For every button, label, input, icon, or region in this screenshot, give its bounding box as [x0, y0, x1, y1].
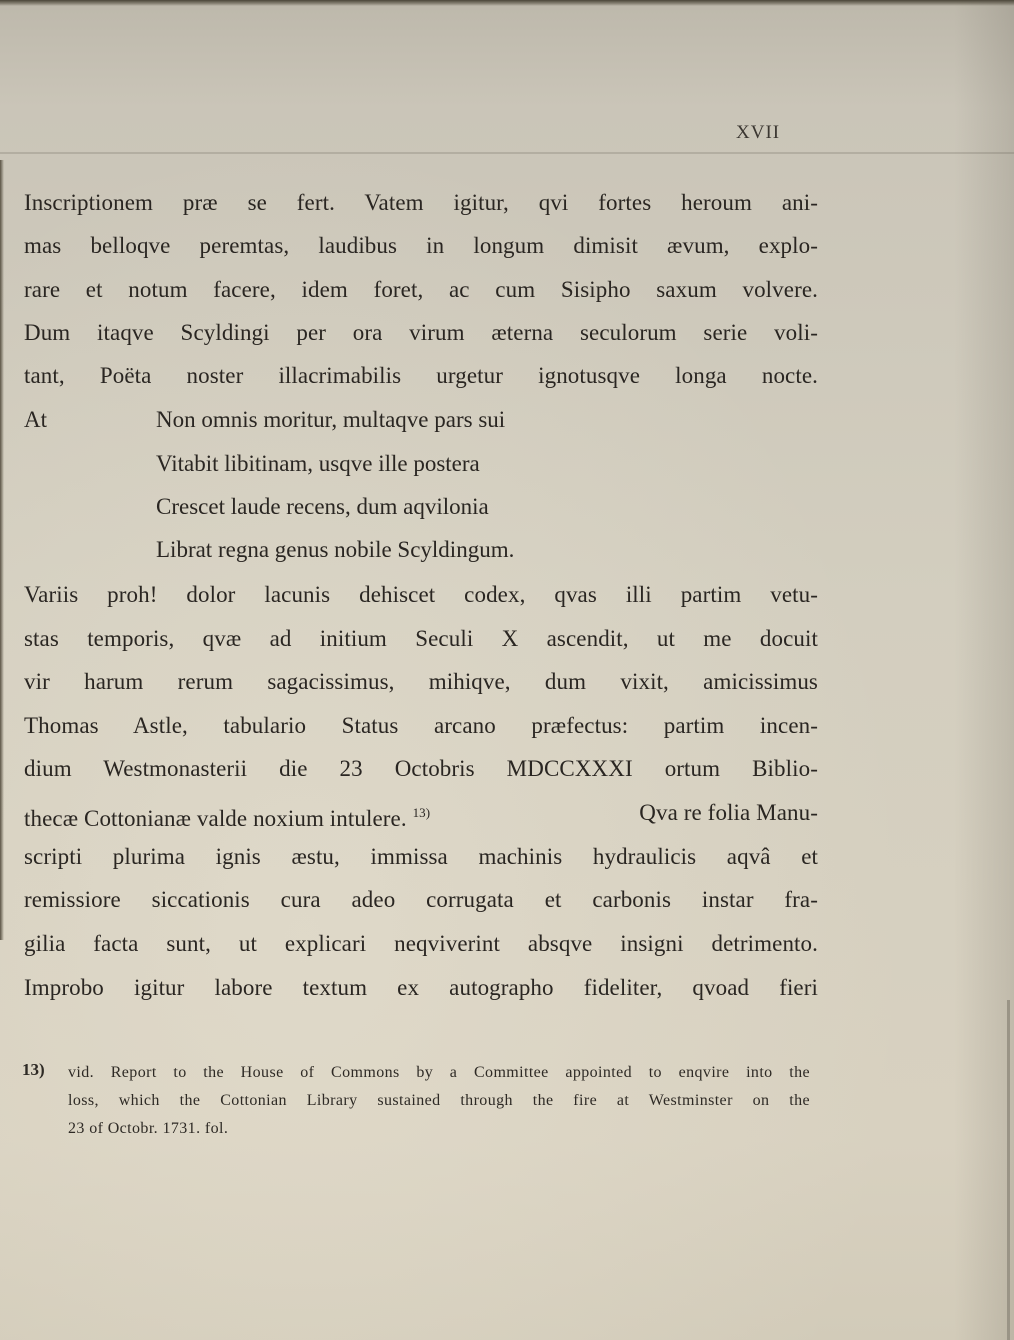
page-right-edge [1007, 1000, 1010, 1340]
body-text-continuation: Qva re folia Manu- [639, 798, 818, 828]
verse-line: Crescet laude recens, dum aqvilonia [156, 492, 489, 522]
body-line: stas temporis, qvæ ad initium Seculi X a… [24, 624, 818, 654]
footnote-mark: 13) [22, 1060, 45, 1080]
body-line: gilia facta sunt, ut explicari neqviveri… [24, 929, 818, 959]
footnote-line: loss, which the Cottonian Library sustai… [68, 1089, 810, 1113]
verse-line: Vitabit libitinam, usqve ille postera [156, 449, 480, 479]
body-line-with-footnote-ref: thecæ Cottonianæ valde noxium intulere. … [24, 798, 818, 834]
book-page: XVII Inscriptionem præ se fert. Vatem ig… [0, 0, 1014, 1340]
body-line: Thomas Astle, tabulario Status arcano pr… [24, 711, 818, 741]
body-line: dium Westmonasterii die 23 Octobris MDCC… [24, 754, 818, 784]
body-line: tant, Poëta noster illacrimabilis urgetu… [24, 361, 818, 391]
body-line: vir harum rerum sagacissimus, mihiqve, d… [24, 667, 818, 697]
body-line: scripti plurima ignis æstu, immissa mach… [24, 842, 818, 872]
page-top-edge [0, 0, 1014, 6]
body-text: thecæ Cottonianæ valde noxium intulere. [24, 806, 407, 831]
binding-shadow [0, 160, 4, 940]
verse-line: Librat regna genus nobile Scyldingum. [156, 535, 514, 565]
body-line: Dum itaqve Scyldingi per ora virum ætern… [24, 318, 818, 348]
page-edge-shadow [954, 0, 1014, 1340]
body-line: Inscriptionem præ se fert. Vatem igitur,… [24, 188, 818, 218]
verse-lead-word: At [24, 405, 47, 435]
body-line: Improbo igitur labore textum ex autograp… [24, 973, 818, 1003]
body-line: mas belloqve peremtas, laudibus in longu… [24, 231, 818, 261]
footnote-reference[interactable]: 13) [413, 805, 431, 820]
paper-fold-line [0, 152, 1014, 154]
footnote-line: 23 of Octobr. 1731. fol. [68, 1117, 810, 1141]
body-line: rare et notum facere, idem foret, ac cum… [24, 275, 818, 305]
body-line: Variis proh! dolor lacunis dehiscet code… [24, 580, 818, 610]
page-number: XVII [736, 122, 780, 144]
verse-line: Non omnis moritur, multaqve pars sui [156, 405, 505, 435]
body-line: remissiore siccationis cura adeo corruga… [24, 885, 818, 915]
footnote-line: vid. Report to the House of Commons by a… [68, 1061, 810, 1085]
